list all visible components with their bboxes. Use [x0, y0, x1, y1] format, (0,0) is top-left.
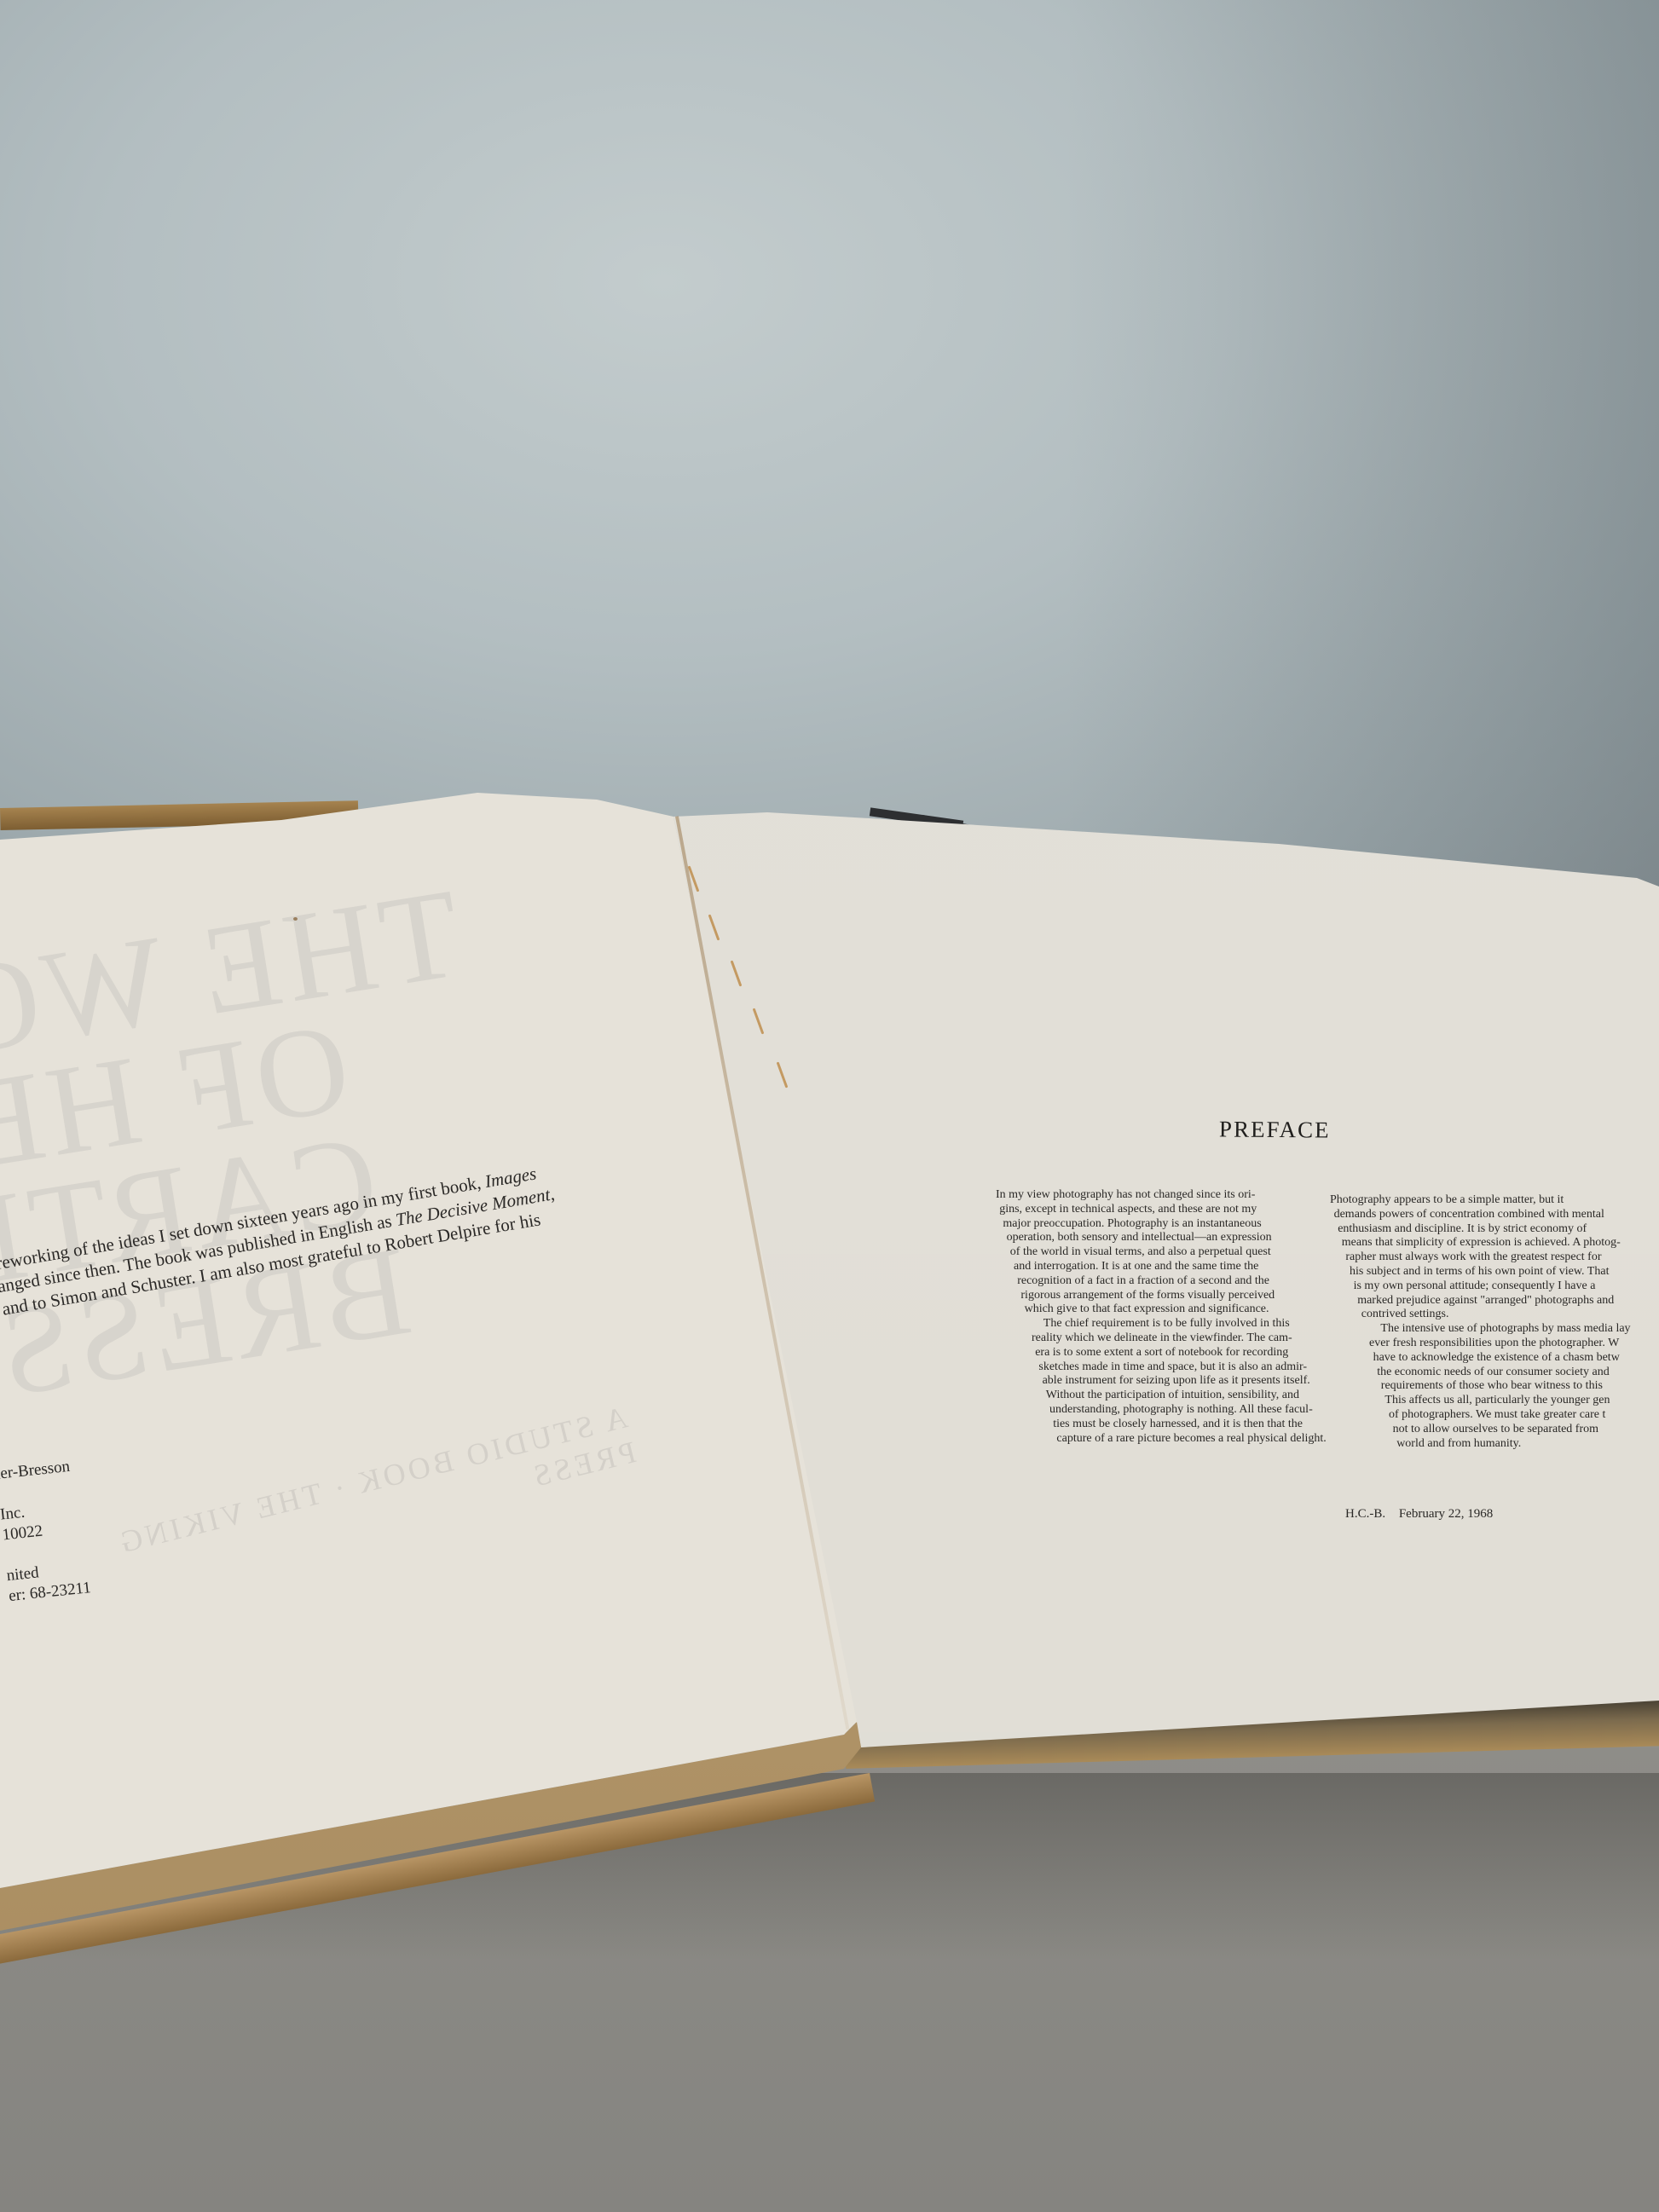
wall-shadow	[1062, 0, 1659, 938]
text-line: rapher must always work with the greates…	[1345, 1250, 1659, 1265]
page-title: PREFACE	[1219, 1116, 1331, 1143]
text-line: The chief requirement is to be fully inv…	[1043, 1317, 1354, 1331]
text-line: This affects us all, particularly the yo…	[1384, 1394, 1659, 1408]
text-line: demands powers of concentration combined…	[1334, 1208, 1659, 1222]
text-line: which give to that fact expression and s…	[1025, 1302, 1354, 1317]
text-line: rigorous arrangement of the forms visual…	[1020, 1289, 1354, 1303]
text-line: reality which we delineate in the viewfi…	[1032, 1331, 1354, 1346]
text-line: of the world in visual terms, and also a…	[1010, 1245, 1354, 1260]
text-line: world and from humanity.	[1396, 1437, 1659, 1452]
text-line: requirements of those who bear witness t…	[1381, 1379, 1659, 1394]
text-line: ties must be closely harnessed, and it i…	[1053, 1418, 1354, 1432]
signature: H.C.-B. February 22, 1968	[1345, 1507, 1493, 1522]
text-line: era is to some extent a sort of notebook…	[1035, 1346, 1354, 1360]
text-line: contrived settings.	[1361, 1308, 1659, 1322]
text-line: capture of a rare picture becomes a real…	[1056, 1432, 1354, 1447]
text-line: In my view photography has not changed s…	[996, 1188, 1354, 1203]
text-line: is my own personal attitude; consequentl…	[1354, 1279, 1659, 1294]
text-line: enthusiasm and discipline. It is by stri…	[1338, 1222, 1659, 1237]
signature-initials: H.C.-B.	[1345, 1507, 1385, 1521]
text-line: means that simplicity of expression is a…	[1342, 1236, 1659, 1250]
text-line: his subject and in terms of his own poin…	[1350, 1265, 1659, 1279]
text-line: gins, except in technical aspects, and t…	[999, 1203, 1354, 1217]
text-line: Without the participation of intuition, …	[1046, 1389, 1354, 1403]
text-line: not to allow ourselves to be separated f…	[1393, 1423, 1659, 1437]
text-line: have to acknowledge the existence of a c…	[1373, 1351, 1659, 1366]
text-line: understanding, photography is nothing. A…	[1049, 1403, 1354, 1418]
text-line: operation, both sensory and intellectual…	[1007, 1231, 1354, 1245]
preface-column-1: In my view photography has not changed s…	[996, 1188, 1354, 1446]
text-line: the economic needs of our consumer socie…	[1377, 1366, 1659, 1380]
colophon: ier-Bresson Inc. 10022 nited er: 68-2321…	[0, 1441, 230, 1607]
text-line: major preoccupation. Photography is an i…	[1003, 1217, 1354, 1232]
text-line: ever fresh responsibilities upon the pho…	[1369, 1337, 1659, 1351]
text-line: marked prejudice against "arranged" phot…	[1357, 1294, 1659, 1308]
signature-date: February 22, 1968	[1399, 1507, 1493, 1521]
text-line: recognition of a fact in a fraction of a…	[1017, 1274, 1354, 1289]
text-line: and interrogation. It is at one and the …	[1014, 1260, 1354, 1274]
text-line: The intensive use of photographs by mass…	[1380, 1322, 1659, 1337]
preface-column-2: Photography appears to be a simple matte…	[1330, 1193, 1659, 1451]
text-line: of photographers. We must take greater c…	[1389, 1408, 1659, 1423]
text-line: Photography appears to be a simple matte…	[1330, 1193, 1659, 1208]
text-line: sketches made in time and space, but it …	[1038, 1360, 1354, 1375]
text-line: able instrument for seizing upon life as…	[1043, 1374, 1354, 1389]
